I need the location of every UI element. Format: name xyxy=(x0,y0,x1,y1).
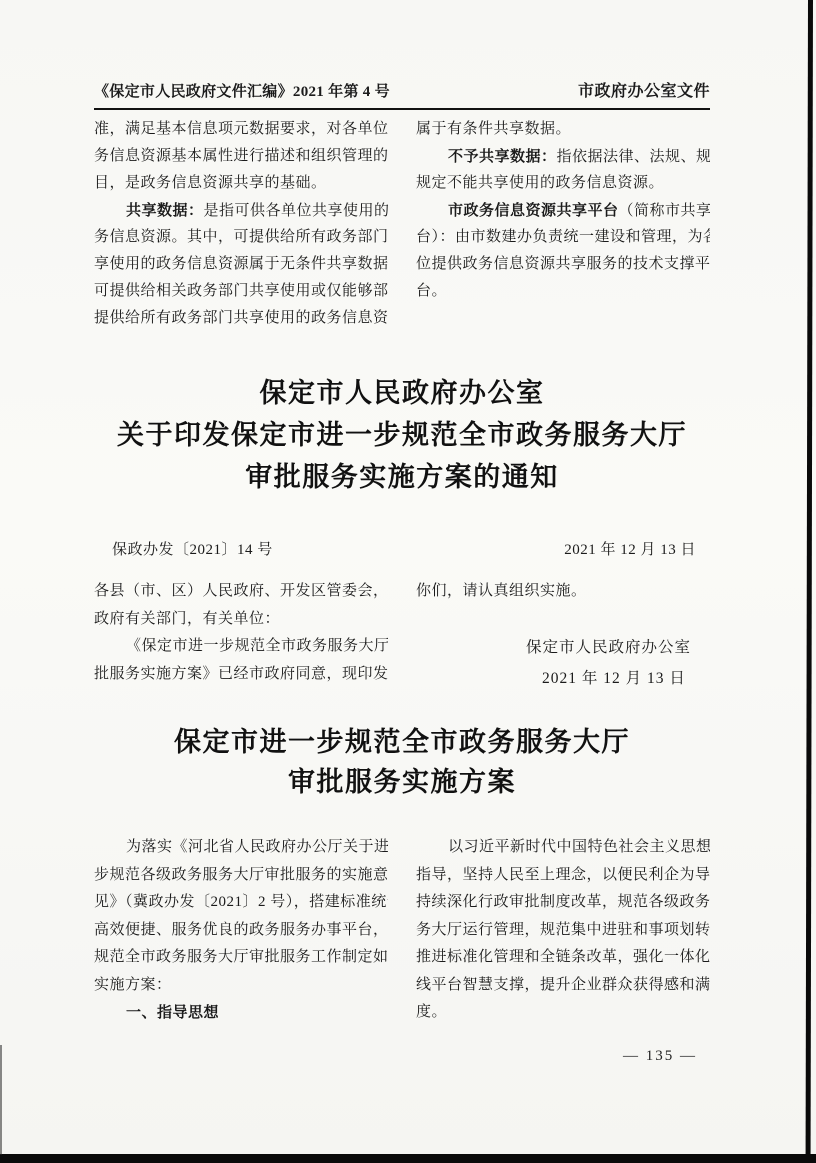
text-line: 高效便捷、服务优良的政务服务办事平台，就 xyxy=(94,917,388,945)
text-line: 见》（冀政办发〔2021〕2 号），搭建标准统一、 xyxy=(94,889,388,917)
text-line: 保定市进一步规范全市政务服务大厅 xyxy=(94,722,710,762)
text-line: 审批服务实施方案的通知 xyxy=(94,456,710,498)
text-line: 一、指导思想 xyxy=(94,999,388,1027)
page-header: 《保定市人民政府文件汇编》2021 年第 4 号 市政府办公室文件 xyxy=(94,78,710,110)
text-line: 准，满足基本信息项元数据要求，对各单位政 xyxy=(94,116,388,143)
text-line: 关于印发保定市进一步规范全市政务服务大厅 xyxy=(94,414,710,456)
page-number: — 135 — xyxy=(608,1048,712,1065)
text-line: 规定不能共享使用的政务信息资源。 xyxy=(416,170,710,197)
plan-title: 保定市进一步规范全市政务服务大厅审批服务实施方案 xyxy=(94,722,710,802)
doc-number: 保政办发〔2021〕14 号 xyxy=(94,538,273,559)
plan-left-column: 为落实《河北省人民政府办公厅关于进一步规范各级政务服务大厅审批服务的实施意见》（… xyxy=(94,834,388,1027)
text-line: 市政务信息资源共享平台（简称市共享平 xyxy=(416,197,710,224)
intro-section: 准，满足基本信息项元数据要求，对各单位政务信息资源基本属性进行描述和组织管理的条… xyxy=(94,116,710,332)
text-line: 实施方案： xyxy=(94,972,388,1000)
plan-body-section: 为落实《河北省人民政府办公厅关于进一步规范各级政务服务大厅审批服务的实施意见》（… xyxy=(94,834,710,1027)
document-page: 《保定市人民政府文件汇编》2021 年第 4 号 市政府办公室文件 准，满足基本… xyxy=(0,0,816,1163)
scan-edge-right xyxy=(806,0,813,1163)
scan-edge-left-tick xyxy=(0,1045,2,1155)
header-journal-title: 《保定市人民政府文件汇编》2021 年第 4 号 xyxy=(94,80,390,101)
text-line: 提供给所有政务部门共享使用的政务信息资源 xyxy=(94,305,388,332)
notice-left-column: 各县（市、区）人民政府、开发区管委会，市政府有关部门，有关单位：《保定市进一步规… xyxy=(94,578,388,696)
text-line: 指导，坚持人民至上理念，以便民利企为导向， xyxy=(416,862,710,890)
signature-date: 2021 年 12 月 13 日 xyxy=(542,666,686,688)
text-line: 享使用的政务信息资源属于无条件共享数据； xyxy=(94,251,388,278)
text-line: 务信息资源基本属性进行描述和组织管理的条 xyxy=(94,143,388,170)
header-doc-type: 市政府办公室文件 xyxy=(578,78,710,101)
text-line: 政府有关部门，有关单位： xyxy=(94,606,388,634)
text-line: 目，是政务信息资源共享的基础。 xyxy=(94,170,388,197)
intro-left-column: 准，满足基本信息项元数据要求，对各单位政务信息资源基本属性进行描述和组织管理的条… xyxy=(94,116,388,332)
text-line: 批服务实施方案》已经市政府同意，现印发给 xyxy=(94,661,388,689)
text-line: 务大厅运行管理，规范集中进驻和事项划转， xyxy=(416,917,710,945)
signature-org: 保定市人民政府办公室 xyxy=(526,635,691,657)
text-line: 为落实《河北省人民政府办公厅关于进一 xyxy=(94,834,388,862)
notice-body-section: 各县（市、区）人民政府、开发区管委会，市政府有关部门，有关单位：《保定市进一步规… xyxy=(94,578,710,696)
text-line: 可提供给相关政务部门共享使用或仅能够部分 xyxy=(94,278,388,305)
text-line: 《保定市进一步规范全市政务服务大厅审 xyxy=(94,633,388,661)
text-line: 属于有条件共享数据。 xyxy=(416,116,710,143)
text-line: 不予共享数据：指依据法律、法规、规章、 xyxy=(416,143,710,170)
text-line: 各县（市、区）人民政府、开发区管委会，市 xyxy=(94,578,388,606)
notice-right-column: 保定市人民政府办公室 2021 年 12 月 13 日 你们，请认真组织实施。 xyxy=(416,578,710,696)
scan-edge-bottom xyxy=(0,1154,816,1163)
text-line: 保定市人民政府办公室 xyxy=(94,372,710,414)
text-line: 你们，请认真组织实施。 xyxy=(416,578,710,606)
text-line: 位提供政务信息资源共享服务的技术支撑平 xyxy=(416,251,710,278)
text-line: 步规范各级政务服务大厅审批服务的实施意 xyxy=(94,862,388,890)
text-line: 审批服务实施方案 xyxy=(94,762,710,802)
text-line: 线平台智慧支撑，提升企业群众获得感和满意 xyxy=(416,972,710,1000)
text-line: 度。 xyxy=(416,999,710,1027)
text-line: 以习近平新时代中国特色社会主义思想为 xyxy=(416,834,710,862)
text-line: 共享数据：是指可供各单位共享使用的政 xyxy=(94,197,388,224)
text-line: 务信息资源。其中，可提供给所有政务部门共 xyxy=(94,224,388,251)
text-line: 台。 xyxy=(416,278,710,305)
text-line: 规范全市政务服务大厅审批服务工作制定如下 xyxy=(94,944,388,972)
text-line: 台）：由市数建办负责统一建设和管理，为各单 xyxy=(416,224,710,251)
doc-date: 2021 年 12 月 13 日 xyxy=(564,538,710,559)
text-line: 持续深化行政审批制度改革，规范各级政务服 xyxy=(416,889,710,917)
intro-right-column: 属于有条件共享数据。不予共享数据：指依据法律、法规、规章、规定不能共享使用的政务… xyxy=(416,116,710,332)
doc-meta-row: 保政办发〔2021〕14 号 2021 年 12 月 13 日 xyxy=(94,538,710,559)
plan-right-column: 以习近平新时代中国特色社会主义思想为指导，坚持人民至上理念，以便民利企为导向，持… xyxy=(416,834,710,1027)
text-line: 推进标准化管理和全链条改革，强化一体化在 xyxy=(416,944,710,972)
notice-title: 保定市人民政府办公室关于印发保定市进一步规范全市政务服务大厅审批服务实施方案的通… xyxy=(94,372,710,498)
